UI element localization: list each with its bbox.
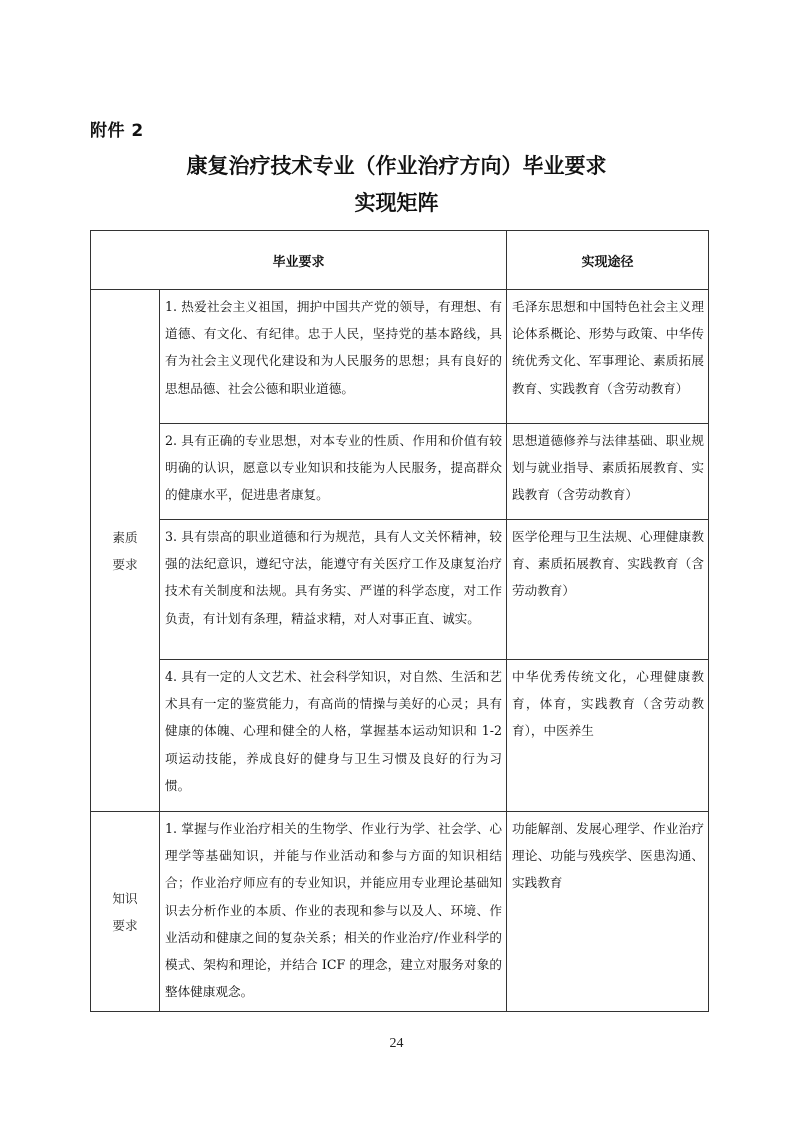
page-number: 24 [0,1036,793,1052]
table-header-row: 毕业要求 实现途径 [91,231,709,290]
category-label-line2: 要求 [91,912,159,939]
requirement-cell: 1. 热爱社会主义祖国，拥护中国共产党的领导，有理想、有道德、有文化、有纪律。忠… [160,290,507,424]
requirement-cell: 4. 具有一定的人文艺术、社会科学知识，对自然、生活和艺术具有一定的鉴赏能力，有… [160,660,507,812]
requirement-cell: 2. 具有正确的专业思想，对本专业的性质、作用和价值有较明确的认识，愿意以专业知… [160,424,507,520]
document-title: 康复治疗技术专业（作业治疗方向）毕业要求 [0,150,793,180]
path-cell: 医学伦理与卫生法规、心理健康教育、素质拓展教育、实践教育（含劳动教育） [507,520,709,660]
table-row: 3. 具有崇高的职业道德和行为规范，具有人文关怀精神，较强的法纪意识，遵纪守法，… [91,520,709,660]
category-quality: 素质 要求 [91,290,160,812]
table-row: 2. 具有正确的专业思想，对本专业的性质、作用和价值有较明确的认识，愿意以专业知… [91,424,709,520]
category-knowledge: 知识 要求 [91,812,160,1012]
header-path: 实现途径 [507,231,709,290]
document-subtitle: 实现矩阵 [0,187,793,217]
requirements-matrix-table: 毕业要求 实现途径 素质 要求 1. 热爱社会主义祖国，拥护中国共产党的领导，有… [90,230,709,1012]
attachment-label: 附件 2 [90,116,144,141]
table-row: 素质 要求 1. 热爱社会主义祖国，拥护中国共产党的领导，有理想、有道德、有文化… [91,290,709,424]
requirement-cell: 3. 具有崇高的职业道德和行为规范，具有人文关怀精神，较强的法纪意识，遵纪守法，… [160,520,507,660]
path-cell: 功能解剖、发展心理学、作业治疗理论、功能与残疾学、医患沟通、实践教育 [507,812,709,1012]
path-cell: 毛泽东思想和中国特色社会主义理论体系概论、形势与政策、中华传统优秀文化、军事理论… [507,290,709,424]
requirement-cell: 1. 掌握与作业治疗相关的生物学、作业行为学、社会学、心理学等基础知识，并能与作… [160,812,507,1012]
path-cell: 思想道德修养与法律基础、职业规划与就业指导、素质拓展教育、实践教育（含劳动教育） [507,424,709,520]
category-label-line1: 知识 [91,885,159,912]
category-label-line2: 要求 [91,551,159,578]
path-cell: 中华优秀传统文化，心理健康教育，体育，实践教育（含劳动教育），中医养生 [507,660,709,812]
category-label-line1: 素质 [91,524,159,551]
table-row: 4. 具有一定的人文艺术、社会科学知识，对自然、生活和艺术具有一定的鉴赏能力，有… [91,660,709,812]
table-row: 知识 要求 1. 掌握与作业治疗相关的生物学、作业行为学、社会学、心理学等基础知… [91,812,709,1012]
header-requirement: 毕业要求 [91,231,507,290]
